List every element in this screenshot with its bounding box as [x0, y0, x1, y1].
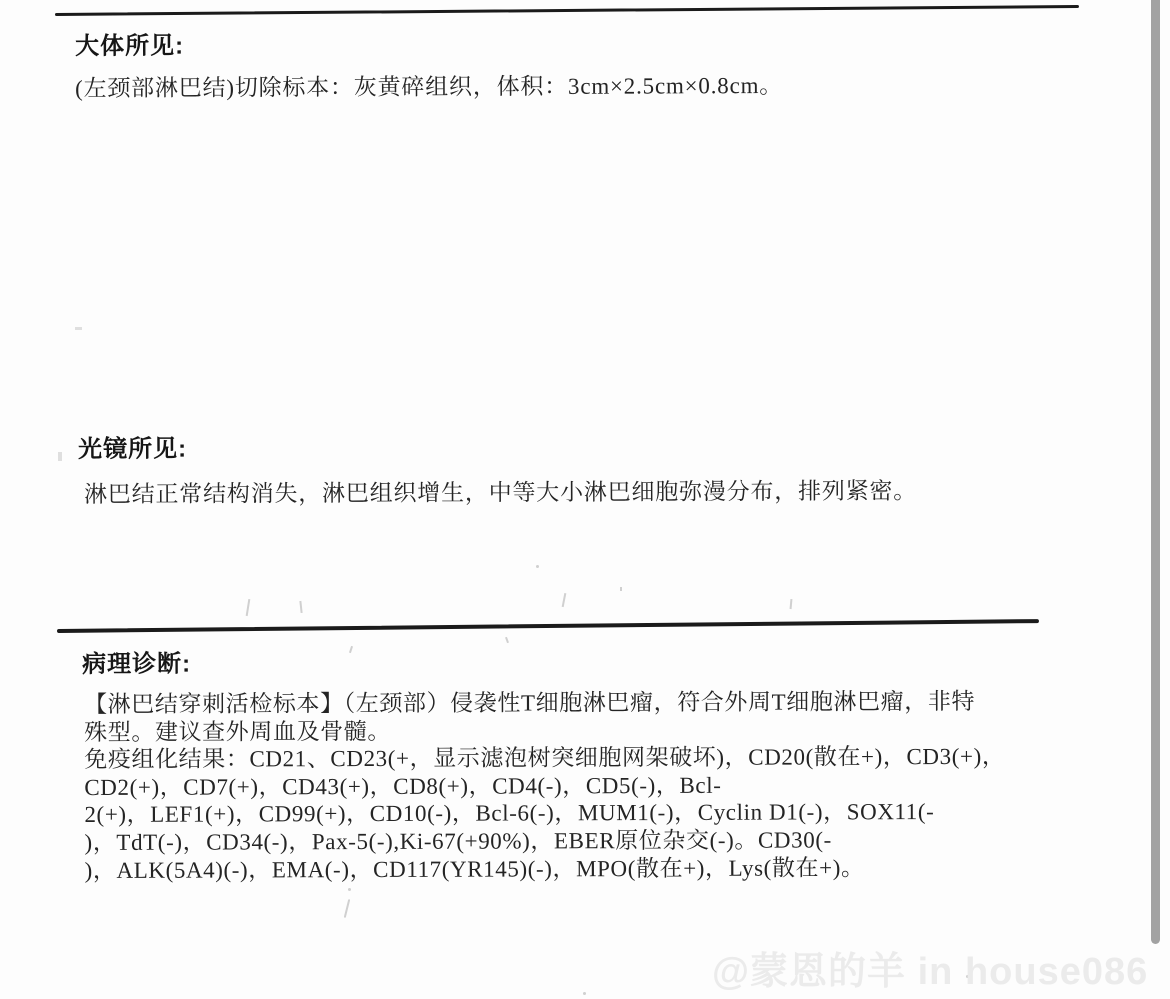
- scan-noise-mark: [536, 565, 539, 568]
- diagnosis-line: )，TdT(-)，CD34(-)，Pax-5(-),Ki-67(+90%)，EB…: [84, 826, 1005, 857]
- pathological-diagnosis-paragraph: 【淋巴结穿刺活检标本】（左颈部）侵袭性T细胞淋巴瘤，符合外周T细胞淋巴瘤，非特 …: [84, 688, 1006, 884]
- pathological-diagnosis-heading: 病理诊断:: [82, 644, 191, 679]
- scan-noise-mark: [58, 452, 62, 461]
- microscopic-findings-heading: 光镜所见:: [78, 429, 187, 464]
- scan-noise-mark: [505, 637, 509, 643]
- scrollbar-thumb[interactable]: [1151, 0, 1160, 944]
- diagnosis-divider-line: [57, 619, 1039, 632]
- gross-findings-text: (左颈部淋巴结)切除标本：灰黄碎组织，体积：3cm×2.5cm×0.8cm。: [75, 67, 783, 103]
- diagnosis-line: 免疫组化结果：CD21、CD23(+，显示滤泡树突细胞网架破坏)，CD20(散在…: [84, 743, 1005, 774]
- scan-noise-mark: [349, 646, 353, 653]
- scan-noise-mark: [299, 601, 302, 613]
- diagnosis-line: CD2(+)，CD7(+)，CD43(+)，CD8(+)，CD4(-)，CD5(…: [84, 771, 1005, 802]
- gross-findings-heading: 大体所见:: [75, 26, 184, 61]
- scan-noise-mark: [348, 888, 351, 891]
- top-divider-line: [55, 5, 1079, 16]
- scan-noise-mark: [583, 992, 586, 995]
- diagnosis-line: 【淋巴结穿刺活检标本】（左颈部）侵袭性T细胞淋巴瘤，符合外周T细胞淋巴瘤，非特: [84, 688, 1005, 719]
- diagnosis-line: 殊型。建议查外周血及骨髓。: [84, 715, 1005, 746]
- scan-noise-mark: [75, 327, 82, 330]
- scan-noise-mark: [344, 899, 351, 918]
- scan-noise-mark: [562, 593, 566, 607]
- diagnosis-line: 2(+)，LEF1(+)，CD99(+)，CD10(-)，Bcl-6(-)，MU…: [84, 798, 1005, 829]
- pathology-report-page: 大体所见: (左颈部淋巴结)切除标本：灰黄碎组织，体积：3cm×2.5cm×0.…: [0, 0, 1170, 999]
- scan-noise-mark: [246, 599, 250, 616]
- diagnosis-line: )，ALK(5A4)(-)，EMA(-)，CD117(YR145)(-)，MPO…: [85, 853, 1006, 884]
- microscopic-findings-text: 淋巴结正常结构消失，淋巴组织增生，中等大小淋巴细胞弥漫分布，排列紧密。: [84, 472, 917, 509]
- scan-noise-mark: [620, 587, 622, 591]
- watermark-text: @蒙恩的羊 in house086: [712, 940, 1148, 995]
- scan-noise-mark: [790, 599, 792, 609]
